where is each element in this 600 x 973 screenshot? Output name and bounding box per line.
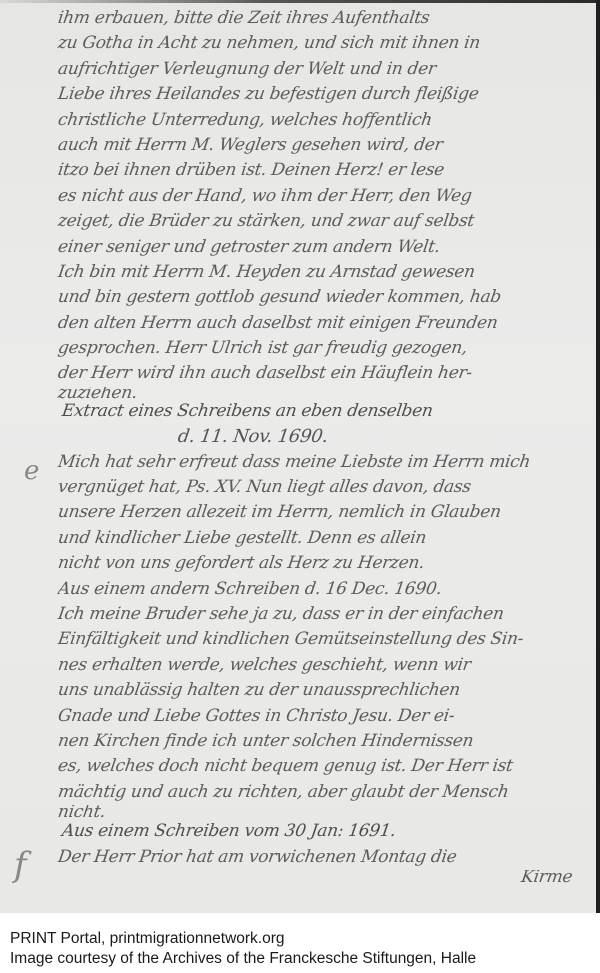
manuscript-line: aufrichtiger Verleugnung der Welt und in… [56, 57, 580, 82]
section-date: d. 11. Nov. 1690. [56, 424, 580, 449]
manuscript-line: mächtig und auch zu richten, aber glaubt… [56, 780, 580, 805]
manuscript-line: und kindlicher Liebe gestellt. Denn es a… [56, 526, 580, 551]
manuscript-line: itzo bei ihnen drüben ist. Deinen Herz! … [56, 158, 580, 183]
manuscript-line: gesprochen. Herr Ulrich ist gar freudig … [56, 336, 580, 361]
manuscript-text: ihm erbauen, bitte die Zeit ihres Aufent… [58, 6, 578, 888]
manuscript-scan: ihm erbauen, bitte die Zeit ihres Aufent… [0, 0, 600, 913]
manuscript-line: Liebe ihres Heilandes zu befestigen durc… [56, 82, 580, 107]
section-heading: Extract eines Schreibens an eben denselb… [56, 399, 580, 424]
manuscript-line: uns unablässig halten zu der unaussprech… [56, 678, 580, 703]
credit-portal: PRINT Portal, printmigrationnetwork.org [10, 929, 476, 949]
manuscript-line: es, welches doch nicht bequem genug ist.… [56, 754, 580, 779]
manuscript-line: christliche Unterredung, welches hoffent… [56, 108, 580, 133]
manuscript-line: nen Kirchen finde ich unter solchen Hind… [56, 729, 580, 754]
margin-mark-f: f [14, 845, 27, 885]
image-credit: PRINT Portal, printmigrationnetwork.org … [10, 929, 476, 969]
manuscript-line: nicht. [57, 805, 579, 819]
section-heading: Aus einem Schreiben vom 30 Jan: 1691. [56, 819, 580, 844]
manuscript-line: den alten Herrn auch daselbst mit einige… [56, 311, 580, 336]
manuscript-line: vergnüget hat, Ps. XV. Nun liegt alles d… [56, 475, 580, 500]
scan-edge [596, 0, 600, 913]
manuscript-line: Gnade und Liebe Gottes in Christo Jesu. … [56, 704, 580, 729]
manuscript-line: es nicht aus der Hand, wo ihm der Herr, … [56, 184, 580, 209]
manuscript-line: zeiget, die Brüder zu stärken, und zwar … [56, 209, 580, 234]
manuscript-line: einer seniger und getroster zum andern W… [56, 235, 580, 260]
manuscript-line: nes erhalten werde, welches geschieht, w… [56, 653, 580, 678]
manuscript-line: Mich hat sehr erfreut dass meine Liebste… [56, 450, 580, 475]
manuscript-line: der Herr wird ihn auch daselbst ein Häuf… [56, 361, 580, 386]
manuscript-line: zu Gotha in Acht zu nehmen, und sich mit… [56, 31, 580, 56]
manuscript-line: Ich meine Bruder sehe ja zu, dass er in … [56, 602, 580, 627]
manuscript-line: Der Herr Prior hat am vorwichenen Montag… [56, 845, 580, 870]
manuscript-line: auch mit Herrn M. Weglers gesehen wird, … [56, 133, 580, 158]
manuscript-line: nicht von uns gefordert als Herz zu Herz… [56, 551, 580, 576]
manuscript-line: Einfältigkeit und kindlichen Gemütseinst… [56, 627, 580, 652]
credit-archive: Image courtesy of the Archives of the Fr… [10, 949, 476, 969]
manuscript-line: Aus einem andern Schreiben d. 16 Dec. 16… [56, 577, 580, 602]
manuscript-line: unsere Herzen allezeit im Herrn, nemlich… [56, 500, 580, 525]
manuscript-line: zuziehen. [57, 387, 579, 399]
manuscript-line: ihm erbauen, bitte die Zeit ihres Aufent… [56, 6, 580, 31]
margin-mark-e: e [24, 456, 39, 486]
manuscript-line: Ich bin mit Herrn M. Heyden zu Arnstad g… [56, 260, 580, 285]
manuscript-line: und bin gestern gottlob gesund wieder ko… [56, 285, 580, 310]
catchword: Kirme [57, 870, 580, 888]
